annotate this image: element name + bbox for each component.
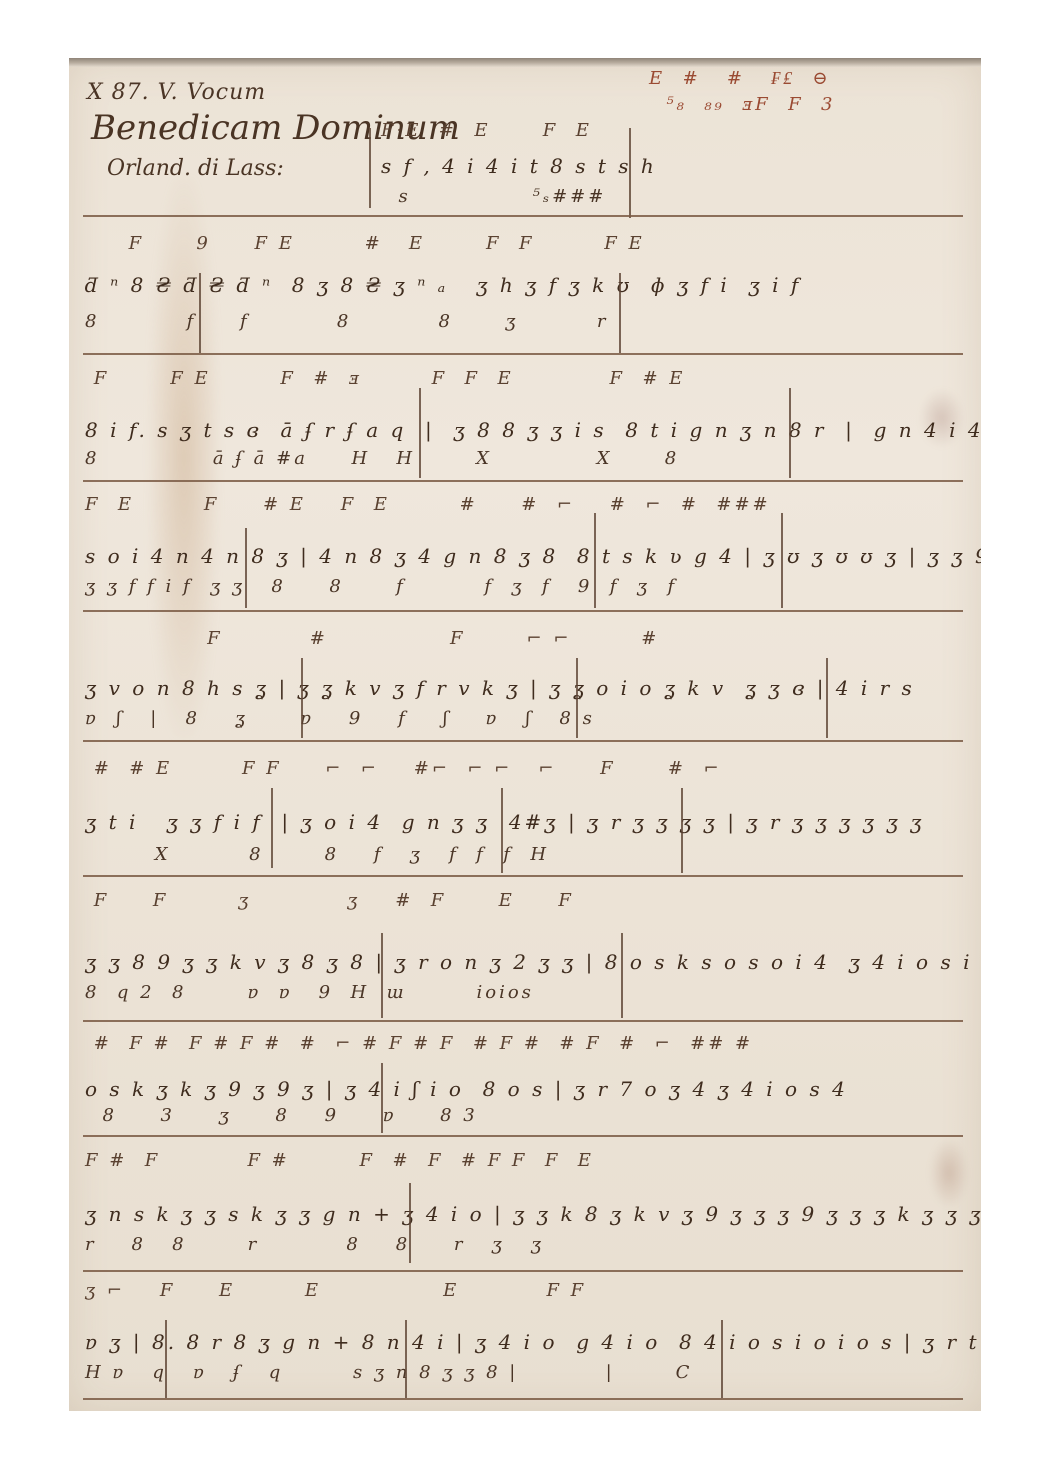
barline	[826, 658, 828, 738]
barline	[301, 658, 303, 738]
header: X 87. V. Vocum	[87, 80, 266, 105]
letter-line-top: F # F F # F # F # F F F E	[85, 1150, 594, 1171]
letter-line-mid: ʒ t i ʒ ʒ f i f | ʒ o i 4 g n ʒ ʒ 4#ʒ | …	[85, 810, 924, 834]
system-rule	[83, 740, 963, 742]
letter-line-bottom: ʒ ʒ f f i f ʒ ʒ 8 8 f f ʒ f 9 f ʒ f	[85, 576, 677, 597]
tablature-system: # F # F # F # # ⌐ # F # F # F # # F # ⌐ …	[85, 1033, 969, 1133]
barline	[245, 528, 247, 608]
letter-line-top: F E F # E F E # # ⌐ # ⌐ # ###	[85, 494, 771, 515]
page-top-edge	[69, 58, 981, 67]
letter-line-mid: s f , 4 i 4 i t 8 s t s h	[381, 154, 657, 178]
barline	[721, 1320, 723, 1398]
system-rule	[83, 610, 963, 612]
tablature-system: F # F F # F # F # F F F E ʒ n s k ʒ ʒ s …	[85, 1150, 969, 1265]
letter-line-top: # # E F F ⌐ ⌐ #⌐ ⌐ ⌐ ⌐ F # ⌐	[85, 758, 722, 779]
barline	[681, 788, 683, 873]
barline	[165, 1320, 167, 1398]
barline	[199, 273, 201, 353]
barline	[381, 933, 383, 1018]
piece-number: X 87. V. Vocum	[87, 80, 266, 105]
barline	[501, 788, 503, 873]
barline	[381, 1063, 383, 1133]
letter-line-bottom: r 8 8 r 8 8 r ʒ ʒ	[85, 1234, 544, 1255]
letter-line-mid: ʒ v o n 8 h s ʓ | ʒ ʓ k v ʒ f r v k ʒ | …	[85, 676, 915, 700]
letter-line-top: F # F ⌐ ⌐ #	[85, 628, 659, 649]
barline	[405, 1320, 407, 1398]
letter-line-top: ʒ ⌐ F E E E F F	[85, 1280, 586, 1301]
barline	[621, 933, 623, 1018]
system-rule	[83, 1020, 963, 1022]
manuscript-page: X 87. V. Vocum Benedicam Dominum Orland.…	[69, 58, 981, 1411]
barline	[419, 388, 421, 478]
letter-line-top: F F E F # ⱻ F F E F # E	[85, 368, 685, 389]
letter-line-mid: ƌ ⁿ 8 ₴ ƌ ₴ ƌ ⁿ 8 ʒ 8 ₴ ʒ ⁿ ₐ ʒ h ʒ f ʒ …	[85, 273, 801, 297]
letter-line-mid: 8 i f. s ʒ t s ɞ ā ʄ r ʄ a q | ʒ 8 8 ʒ ʒ…	[85, 418, 981, 442]
barline	[629, 128, 631, 218]
system-rule	[83, 1398, 963, 1400]
letter-line-mid: ɐ ʒ | 8. 8 r 8 ʒ g n + 8 n 4 i | ʒ 4 i o…	[85, 1330, 981, 1354]
letter-line-bottom: X 8 8 f ʒ f f f H	[85, 844, 549, 865]
system-rule	[83, 1270, 963, 1272]
letter-line-bottom: s ⁵ₛ###	[381, 186, 606, 207]
letter-line-mid: o s k ʒ k ʒ 9 ʒ 9 ʒ | ʒ 4 i ʃ i o 8 o s …	[85, 1077, 848, 1101]
letter-line-top: # F # F # F # # ⌐ # F # F # F # # F # ⌐ …	[85, 1033, 753, 1054]
system-rule	[83, 215, 963, 217]
system-rule	[83, 875, 963, 877]
system-rule	[83, 1135, 963, 1137]
letter-line-bottom: H ɐ q ɐ ʄ q s ʒ n 8 ʒ ʒ 8 | | C	[85, 1362, 692, 1383]
annotation-line: ⁵₈ ₈₉ ⱻF F 3	[649, 94, 835, 115]
letter-line-mid: ʒ n s k ʒ ʒ s k ʒ ʒ g n + ʒ 4 i o | ʒ ʒ …	[85, 1202, 981, 1226]
letter-line-bottom: 8 f f 8 8 ʒ r	[85, 311, 609, 332]
tablature-system: F # F ⌐ ⌐ # ʒ v o n 8 h s ʓ | ʒ ʓ k v ʒ …	[85, 628, 969, 738]
barline	[594, 513, 596, 608]
barline	[409, 1183, 411, 1263]
system-rule	[83, 480, 963, 482]
letter-line-bottom: 8 3 ʒ 8 9 ɐ 8 3	[85, 1105, 478, 1126]
tablature-system: F 9 F E # E F F F E ƌ ⁿ 8 ₴ ƌ ₴ ƌ ⁿ 8 ʒ …	[85, 233, 969, 348]
tablature-system: F F ʒ ʒ # F E F ʒ ʒ 8 9 ʒ ʒ k v ʒ 8 ʒ 8 …	[85, 890, 969, 1015]
system-rule	[83, 353, 963, 355]
barline	[619, 273, 621, 353]
barline	[576, 658, 578, 738]
letter-line-mid: ʒ ʒ 8 9 ʒ ʒ k v ʒ 8 ʒ 8 | ʒ r o n ʒ 2 ʒ …	[85, 950, 981, 974]
tablature-system: F F E F # ⱻ F F E F # E 8 i f. s ʒ t s ɞ…	[85, 368, 969, 478]
tablature-system: F E F # E F E # # ⌐ # ⌐ # ### s o i 4 n …	[85, 494, 969, 606]
barline	[789, 388, 791, 478]
barline	[781, 513, 783, 608]
letter-line-bottom: ɐ ʃ | 8 ʓ ɐ 9 f ʃ ɐ ʃ 8 s	[85, 708, 595, 729]
composer-name: Orland. di Lass:	[107, 156, 284, 181]
letter-line-bottom: 8 q 2 8 ɐ ɐ 9 H ɯ ioios	[85, 982, 534, 1003]
tablature-system: F·E # E F E s f , 4 i 4 i t 8 s t s h s …	[381, 120, 641, 220]
tablature-system: ʒ ⌐ F E E E F F ɐ ʒ | 8. 8 r 8 ʒ g n + 8…	[85, 1280, 969, 1395]
barline	[271, 788, 273, 868]
tablature-system: # # E F F ⌐ ⌐ #⌐ ⌐ ⌐ ⌐ F # ⌐ ʒ t i ʒ ʒ f…	[85, 758, 969, 870]
letter-line-top: F F ʒ ʒ # F E F	[85, 890, 574, 911]
letter-line-bottom: 8 ā ʄ ā #a H H X X 8	[85, 448, 679, 469]
annotation-line: E # # ₣₤ ⊖	[649, 68, 831, 89]
letter-line-mid: s o i 4 n 4 n 8 ʒ | 4 n 8 ʒ 4 g n 8 ʒ 8 …	[85, 544, 981, 568]
barline	[369, 128, 371, 208]
letter-line-top: F·E # E F E	[381, 120, 592, 141]
letter-line-top: F 9 F E # E F F F E	[85, 233, 645, 254]
